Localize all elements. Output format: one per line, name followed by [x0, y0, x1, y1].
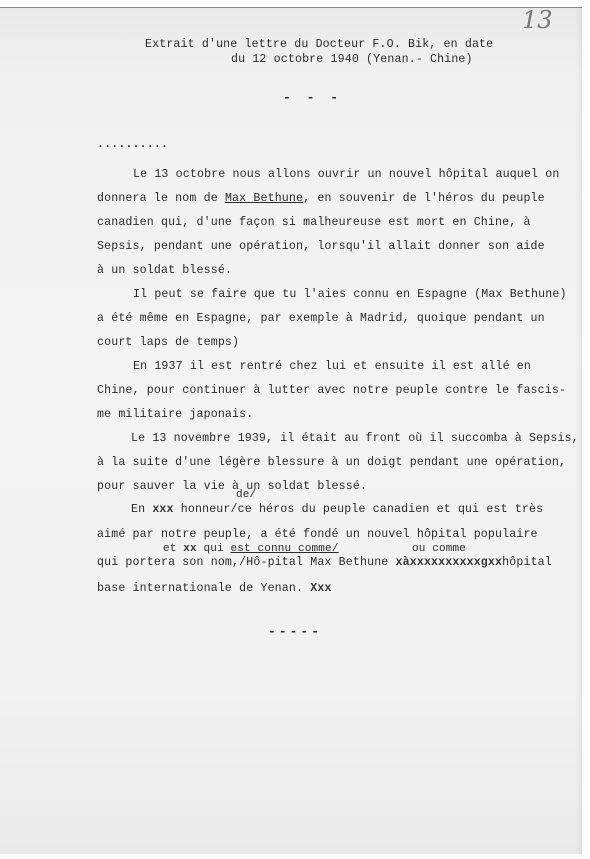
p2-line-2: a été même en Espagne, par exemple à Mad… [97, 312, 545, 326]
p2-line-3: court laps de temps) [97, 336, 239, 350]
p5-line-3-a: qui portera son nom,/Hô-pital Max Bethun… [97, 556, 396, 569]
p5-line-2: aimé par notre peuple, a été fondé un no… [97, 528, 538, 542]
ellipsis-marker: .......... [97, 138, 168, 152]
struck-text: xx [183, 543, 197, 555]
p2-line-1: Il peut se faire que tu l'aies connu en … [133, 288, 567, 302]
p3-line-1: En 1937 il est rentré chez lui et ensuit… [133, 360, 531, 374]
p3-line-3: me militaire japonais. [97, 408, 253, 422]
header-line-1: Extrait d'une lettre du Docteur F.O. Bik… [145, 38, 493, 52]
p5-line-1-a: En [131, 503, 152, 516]
separator-bottom: ----- [268, 624, 322, 639]
insert-line: et xx qui est connu comme/ [163, 542, 339, 556]
insert-b: qui [197, 543, 231, 555]
insert-a: et [163, 543, 183, 555]
p5-line-1-c: ce héros du peuple canadien et qui est t… [238, 503, 544, 516]
p1-line-1: Le 13 octobre nous allons ouvrir un nouv… [133, 168, 559, 182]
struck-text: Xxx [310, 582, 331, 595]
p1-line-4: Sepsis, pendant une opération, lorsqu'il… [97, 240, 545, 254]
insert-underlined: est connu comme/ [231, 543, 339, 555]
p1-line-5: à un soldat blessé. [97, 264, 232, 278]
struck-text: xxx [152, 503, 173, 516]
underlined-name: Max Bethune [225, 192, 303, 205]
document-page: 13 Extrait d'une lettre du Docteur F.O. … [0, 7, 582, 854]
p1-line-3: canadien qui, d'une façon si malheureuse… [97, 216, 531, 230]
header-line-2: du 12 octobre 1940 (Yenan.- Chine) [231, 53, 473, 67]
p5-line-1-b: honneur/ [174, 503, 238, 516]
insert-de: de/ [236, 488, 256, 502]
p5-line-3: qui portera son nom,/Hô-pital Max Bethun… [97, 556, 552, 570]
page-number-handwritten: 13 [522, 6, 553, 34]
p5-line-4-a: base internationale de Yenan. [97, 582, 310, 595]
struck-text: xàxxxxxxxxxxgxx [396, 556, 503, 569]
p1-line-2-b: , en souvenir de l'héros du peuple [303, 192, 545, 205]
separator-top: - - - [283, 90, 342, 105]
insert-ou-comme: ou comme [412, 542, 466, 556]
p4-line-1: Le 13 novembre 1939, il était au front o… [131, 432, 579, 446]
p3-line-2: Chine, pour continuer à lutter avec notr… [97, 384, 566, 398]
p1-line-2: donnera le nom de Max Bethune, en souven… [97, 192, 545, 206]
p5-line-4: base internationale de Yenan. Xxx [97, 582, 332, 596]
p4-line-2: à la suite d'une légère blessure à un do… [97, 456, 566, 470]
p1-line-2-a: donnera le nom de [97, 192, 225, 205]
p5-line-3-b: hôpital [502, 556, 552, 569]
p4-line-3: pour sauver la vie à un soldat blessé. [97, 480, 367, 494]
p5-line-1: En xxx honneur/ce héros du peuple canadi… [131, 503, 543, 517]
